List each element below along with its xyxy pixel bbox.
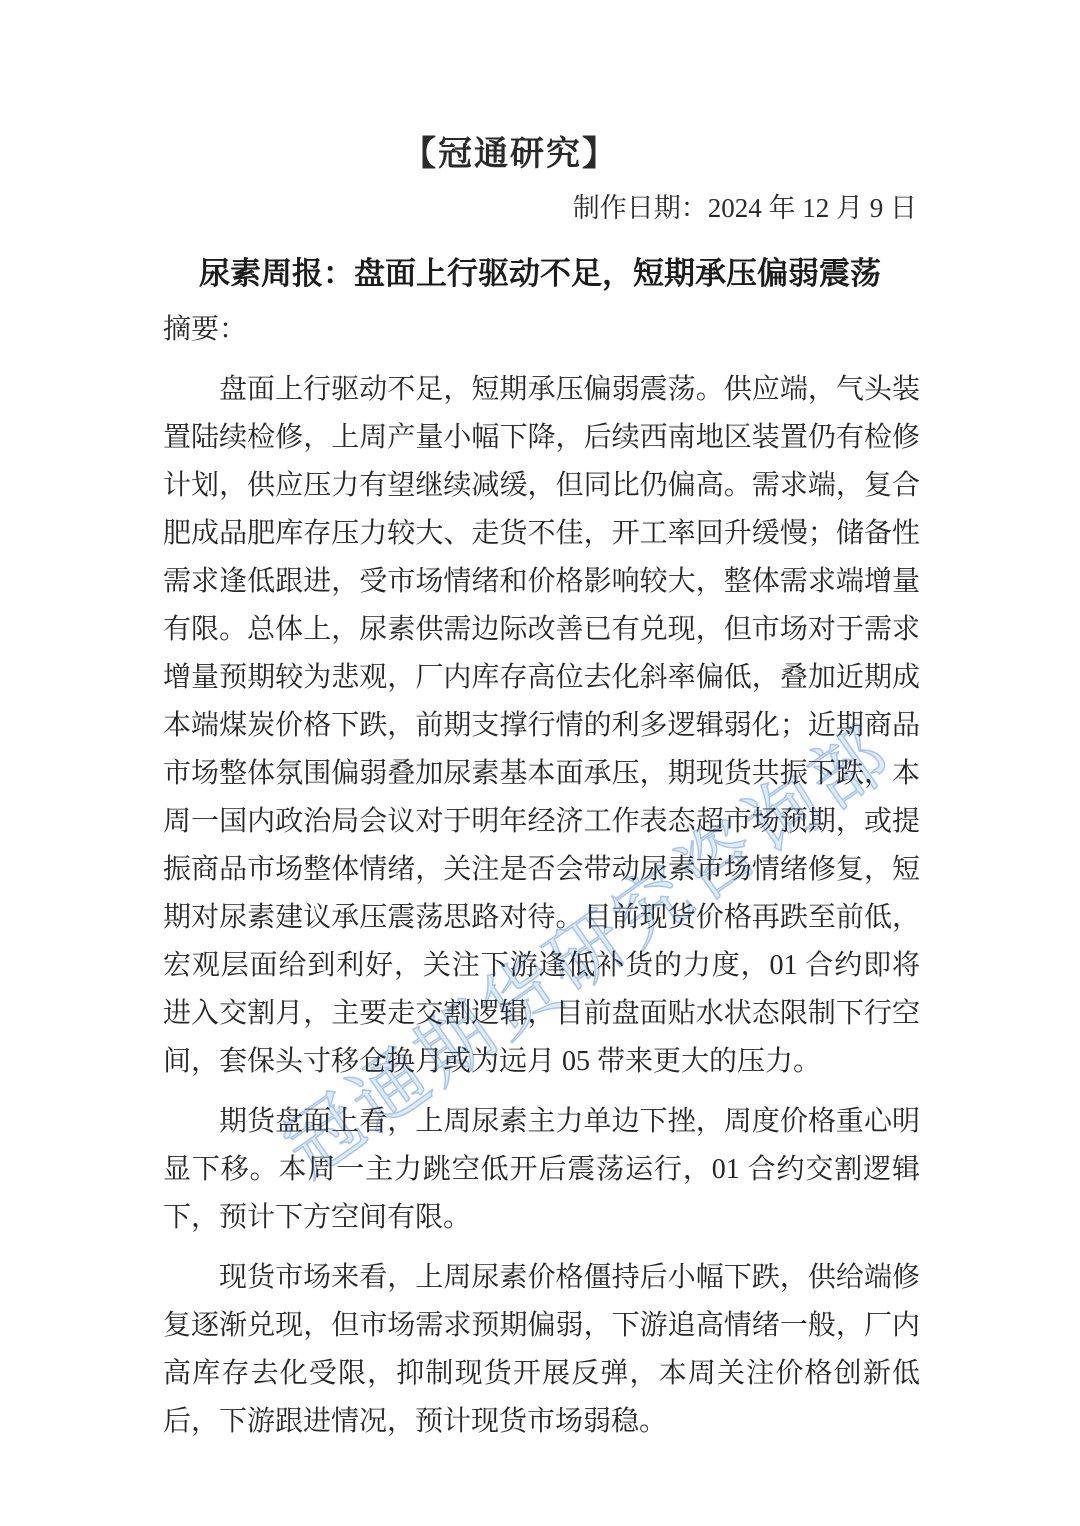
summary-paragraph-2: 期货盘面上看，上周尿素主力单边下挫，周度价格重心明显下移。本周一主力跳空低开后震… — [163, 1098, 920, 1242]
summary-paragraph-1: 盘面上行驱动不足，短期承压偏弱震荡。供应端，气头装置陆续检修，上周产量小幅下降，… — [163, 366, 920, 1086]
report-title: 尿素周报：盘面上行驱动不足，短期承压偏弱震荡 — [0, 248, 1080, 293]
summary-paragraph-3: 现货市场来看，上周尿素价格僵持后小幅下跌，供给端修复逐渐兑现，但市场需求预期偏弱… — [163, 1254, 920, 1446]
report-page: 冠通期货研究咨询部 【冠通研究】 制作日期：2024 年 12 月 9 日 尿素… — [0, 0, 1080, 1526]
report-body: 摘要： 盘面上行驱动不足，短期承压偏弱震荡。供应端，气头装置陆续检修，上周产量小… — [163, 306, 920, 1458]
brand-title: 【冠通研究】 — [0, 126, 1020, 175]
abstract-label: 摘要： — [163, 306, 920, 354]
production-date: 制作日期：2024 年 12 月 9 日 — [573, 186, 917, 225]
